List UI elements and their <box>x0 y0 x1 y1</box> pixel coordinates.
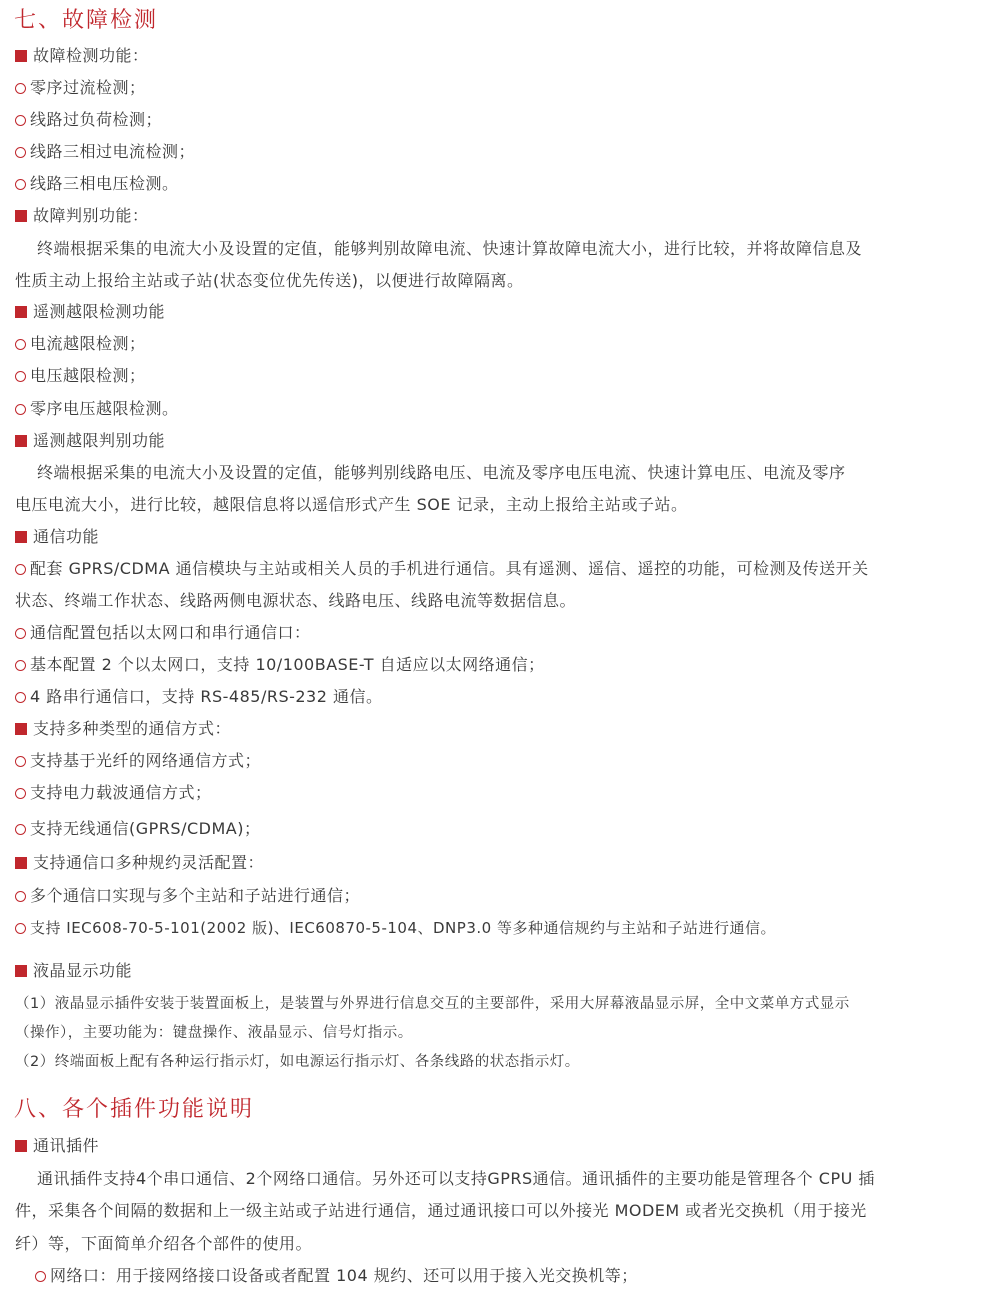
paragraph-line: 终端根据采集的电流大小及设置的定值，能够判别线路电压、电流及零序电压电流、快速计… <box>15 462 985 484</box>
list-item-text: 支持无线通信(GPRS/CDMA)； <box>30 819 260 838</box>
list-item: 线路三相电压检测。 <box>15 173 985 195</box>
list-item: 零序电压越限检测。 <box>15 398 985 420</box>
heading-protocols: 支持通信口多种规约灵活配置： <box>15 852 985 874</box>
circle-bullet-icon <box>15 692 26 703</box>
circle-bullet-icon <box>15 371 26 382</box>
square-bullet-icon <box>15 1140 27 1152</box>
heading-text: 支持通信口多种规约灵活配置： <box>33 853 264 872</box>
heading-text: 通讯插件 <box>33 1136 99 1155</box>
heading-text: 故障判别功能： <box>33 206 149 225</box>
paragraph-line: 纤）等，下面简单介绍各个部件的使用。 <box>15 1233 985 1255</box>
list-item-text: 配套 GPRS/CDMA 通信模块与主站或相关人员的手机进行通信。具有遥测、遥信… <box>30 559 869 578</box>
paragraph-line: 通讯插件支持4个串口通信、2个网络口通信。另外还可以支持GPRS通信。通讯插件的… <box>15 1168 985 1190</box>
list-item: 支持 IEC608-70-5-101(2002 版)、IEC60870-5-10… <box>15 917 985 939</box>
list-item: 网络口：用于接网络接口设备或者配置 104 规约、还可以用于接入光交换机等； <box>15 1265 985 1287</box>
heading-lcd: 液晶显示功能 <box>15 960 985 982</box>
square-bullet-icon <box>15 435 27 447</box>
heading-text: 通信功能 <box>33 527 99 546</box>
list-item: 零序过流检测； <box>15 77 985 99</box>
paragraph-line: 终端根据采集的电流大小及设置的定值，能够判别故障电流、快速计算故障电流大小，进行… <box>15 238 985 260</box>
list-item-text: 支持电力载波通信方式； <box>30 783 212 802</box>
list-item: 电流越限检测； <box>15 333 985 355</box>
square-bullet-icon <box>15 857 27 869</box>
circle-bullet-icon <box>15 83 26 94</box>
circle-bullet-icon <box>15 564 26 575</box>
square-bullet-icon <box>15 306 27 318</box>
heading-fault-detect: 故障检测功能： <box>15 45 985 67</box>
heading-fault-judge: 故障判别功能： <box>15 205 985 227</box>
square-bullet-icon <box>15 50 27 62</box>
square-bullet-icon <box>15 965 27 977</box>
list-item-text: 通信配置包括以太网口和串行通信口： <box>30 623 311 642</box>
heading-telemetry-judge: 遥测越限判别功能 <box>15 430 985 452</box>
circle-bullet-icon <box>35 1271 46 1282</box>
list-item-text: 网络口：用于接网络接口设备或者配置 104 规约、还可以用于接入光交换机等； <box>50 1266 638 1285</box>
square-bullet-icon <box>15 210 27 222</box>
heading-communication: 通信功能 <box>15 526 985 548</box>
heading-text: 支持多种类型的通信方式： <box>33 719 231 738</box>
list-item: 4 路串行通信口，支持 RS-485/RS-232 通信。 <box>15 686 985 708</box>
paragraph-line: （1）液晶显示插件安装于装置面板上，是装置与外界进行信息交互的主要部件，采用大屏… <box>15 993 985 1015</box>
circle-bullet-icon <box>15 756 26 767</box>
circle-bullet-icon <box>15 179 26 190</box>
list-item: 支持基于光纤的网络通信方式； <box>15 750 985 772</box>
list-item-text: 4 路串行通信口，支持 RS-485/RS-232 通信。 <box>30 687 383 706</box>
heading-text: 液晶显示功能 <box>33 961 132 980</box>
heading-telemetry-detect: 遥测越限检测功能 <box>15 301 985 323</box>
list-item-text: 零序电压越限检测。 <box>30 399 179 418</box>
paragraph-line: （操作），主要功能为：键盘操作、液晶显示、信号灯指示。 <box>15 1022 985 1044</box>
list-item: 线路过负荷检测； <box>15 109 985 131</box>
list-item: 电压越限检测； <box>15 365 985 387</box>
heading-text: 遥测越限判别功能 <box>33 431 165 450</box>
list-item-text: 线路过负荷检测； <box>30 110 162 129</box>
heading-text: 遥测越限检测功能 <box>33 302 165 321</box>
list-item-text: 电压越限检测； <box>30 366 146 385</box>
list-item: 支持电力载波通信方式； <box>15 782 985 804</box>
list-item: 线路三相过电流检测； <box>15 141 985 163</box>
paragraph-line: 电压电流大小，进行比较，越限信息将以遥信形式产生 SOE 记录，主动上报给主站或… <box>15 494 985 516</box>
list-item: 通信配置包括以太网口和串行通信口： <box>15 622 985 644</box>
circle-bullet-icon <box>15 660 26 671</box>
list-item-text: 支持基于光纤的网络通信方式； <box>30 751 261 770</box>
list-item: 配套 GPRS/CDMA 通信模块与主站或相关人员的手机进行通信。具有遥测、遥信… <box>15 558 985 580</box>
heading-comm-plugin: 通讯插件 <box>15 1135 985 1157</box>
square-bullet-icon <box>15 531 27 543</box>
square-bullet-icon <box>15 723 27 735</box>
paragraph-line: 性质主动上报给主站或子站(状态变位优先传送)，以便进行故障隔离。 <box>15 270 985 292</box>
circle-bullet-icon <box>15 404 26 415</box>
heading-text: 故障检测功能： <box>33 46 149 65</box>
circle-bullet-icon <box>15 891 26 902</box>
paragraph-line: （2）终端面板上配有各种运行指示灯，如电源运行指示灯、各条线路的状态指示灯。 <box>15 1051 985 1073</box>
paragraph-line: 件，采集各个间隔的数据和上一级主站或子站进行通信，通过通讯接口可以外接光 MOD… <box>15 1200 985 1222</box>
paragraph-line: 状态、终端工作状态、线路两侧电源状态、线路电压、线路电流等数据信息。 <box>15 590 985 612</box>
section-title-plugins: 八、各个插件功能说明 <box>14 1095 254 1125</box>
circle-bullet-icon <box>15 339 26 350</box>
list-item-text: 电流越限检测； <box>30 334 146 353</box>
list-item-text: 多个通信口实现与多个主站和子站进行通信； <box>30 886 360 905</box>
list-item: 基本配置 2 个以太网口，支持 10/100BASE-T 自适应以太网络通信； <box>15 654 985 676</box>
circle-bullet-icon <box>15 788 26 799</box>
circle-bullet-icon <box>15 923 26 934</box>
circle-bullet-icon <box>15 115 26 126</box>
circle-bullet-icon <box>15 824 26 835</box>
heading-comm-modes: 支持多种类型的通信方式： <box>15 718 985 740</box>
list-item-text: 线路三相过电流检测； <box>30 142 195 161</box>
circle-bullet-icon <box>15 628 26 639</box>
list-item: 支持无线通信(GPRS/CDMA)； <box>15 818 985 840</box>
circle-bullet-icon <box>15 147 26 158</box>
list-item-text: 基本配置 2 个以太网口，支持 10/100BASE-T 自适应以太网络通信； <box>30 655 545 674</box>
list-item: 多个通信口实现与多个主站和子站进行通信； <box>15 885 985 907</box>
list-item-text: 零序过流检测； <box>30 78 146 97</box>
list-item-text: 线路三相电压检测。 <box>30 174 179 193</box>
list-item-text: 支持 IEC608-70-5-101(2002 版)、IEC60870-5-10… <box>30 919 776 937</box>
section-title-fault-detection: 七、故障检测 <box>14 6 158 36</box>
